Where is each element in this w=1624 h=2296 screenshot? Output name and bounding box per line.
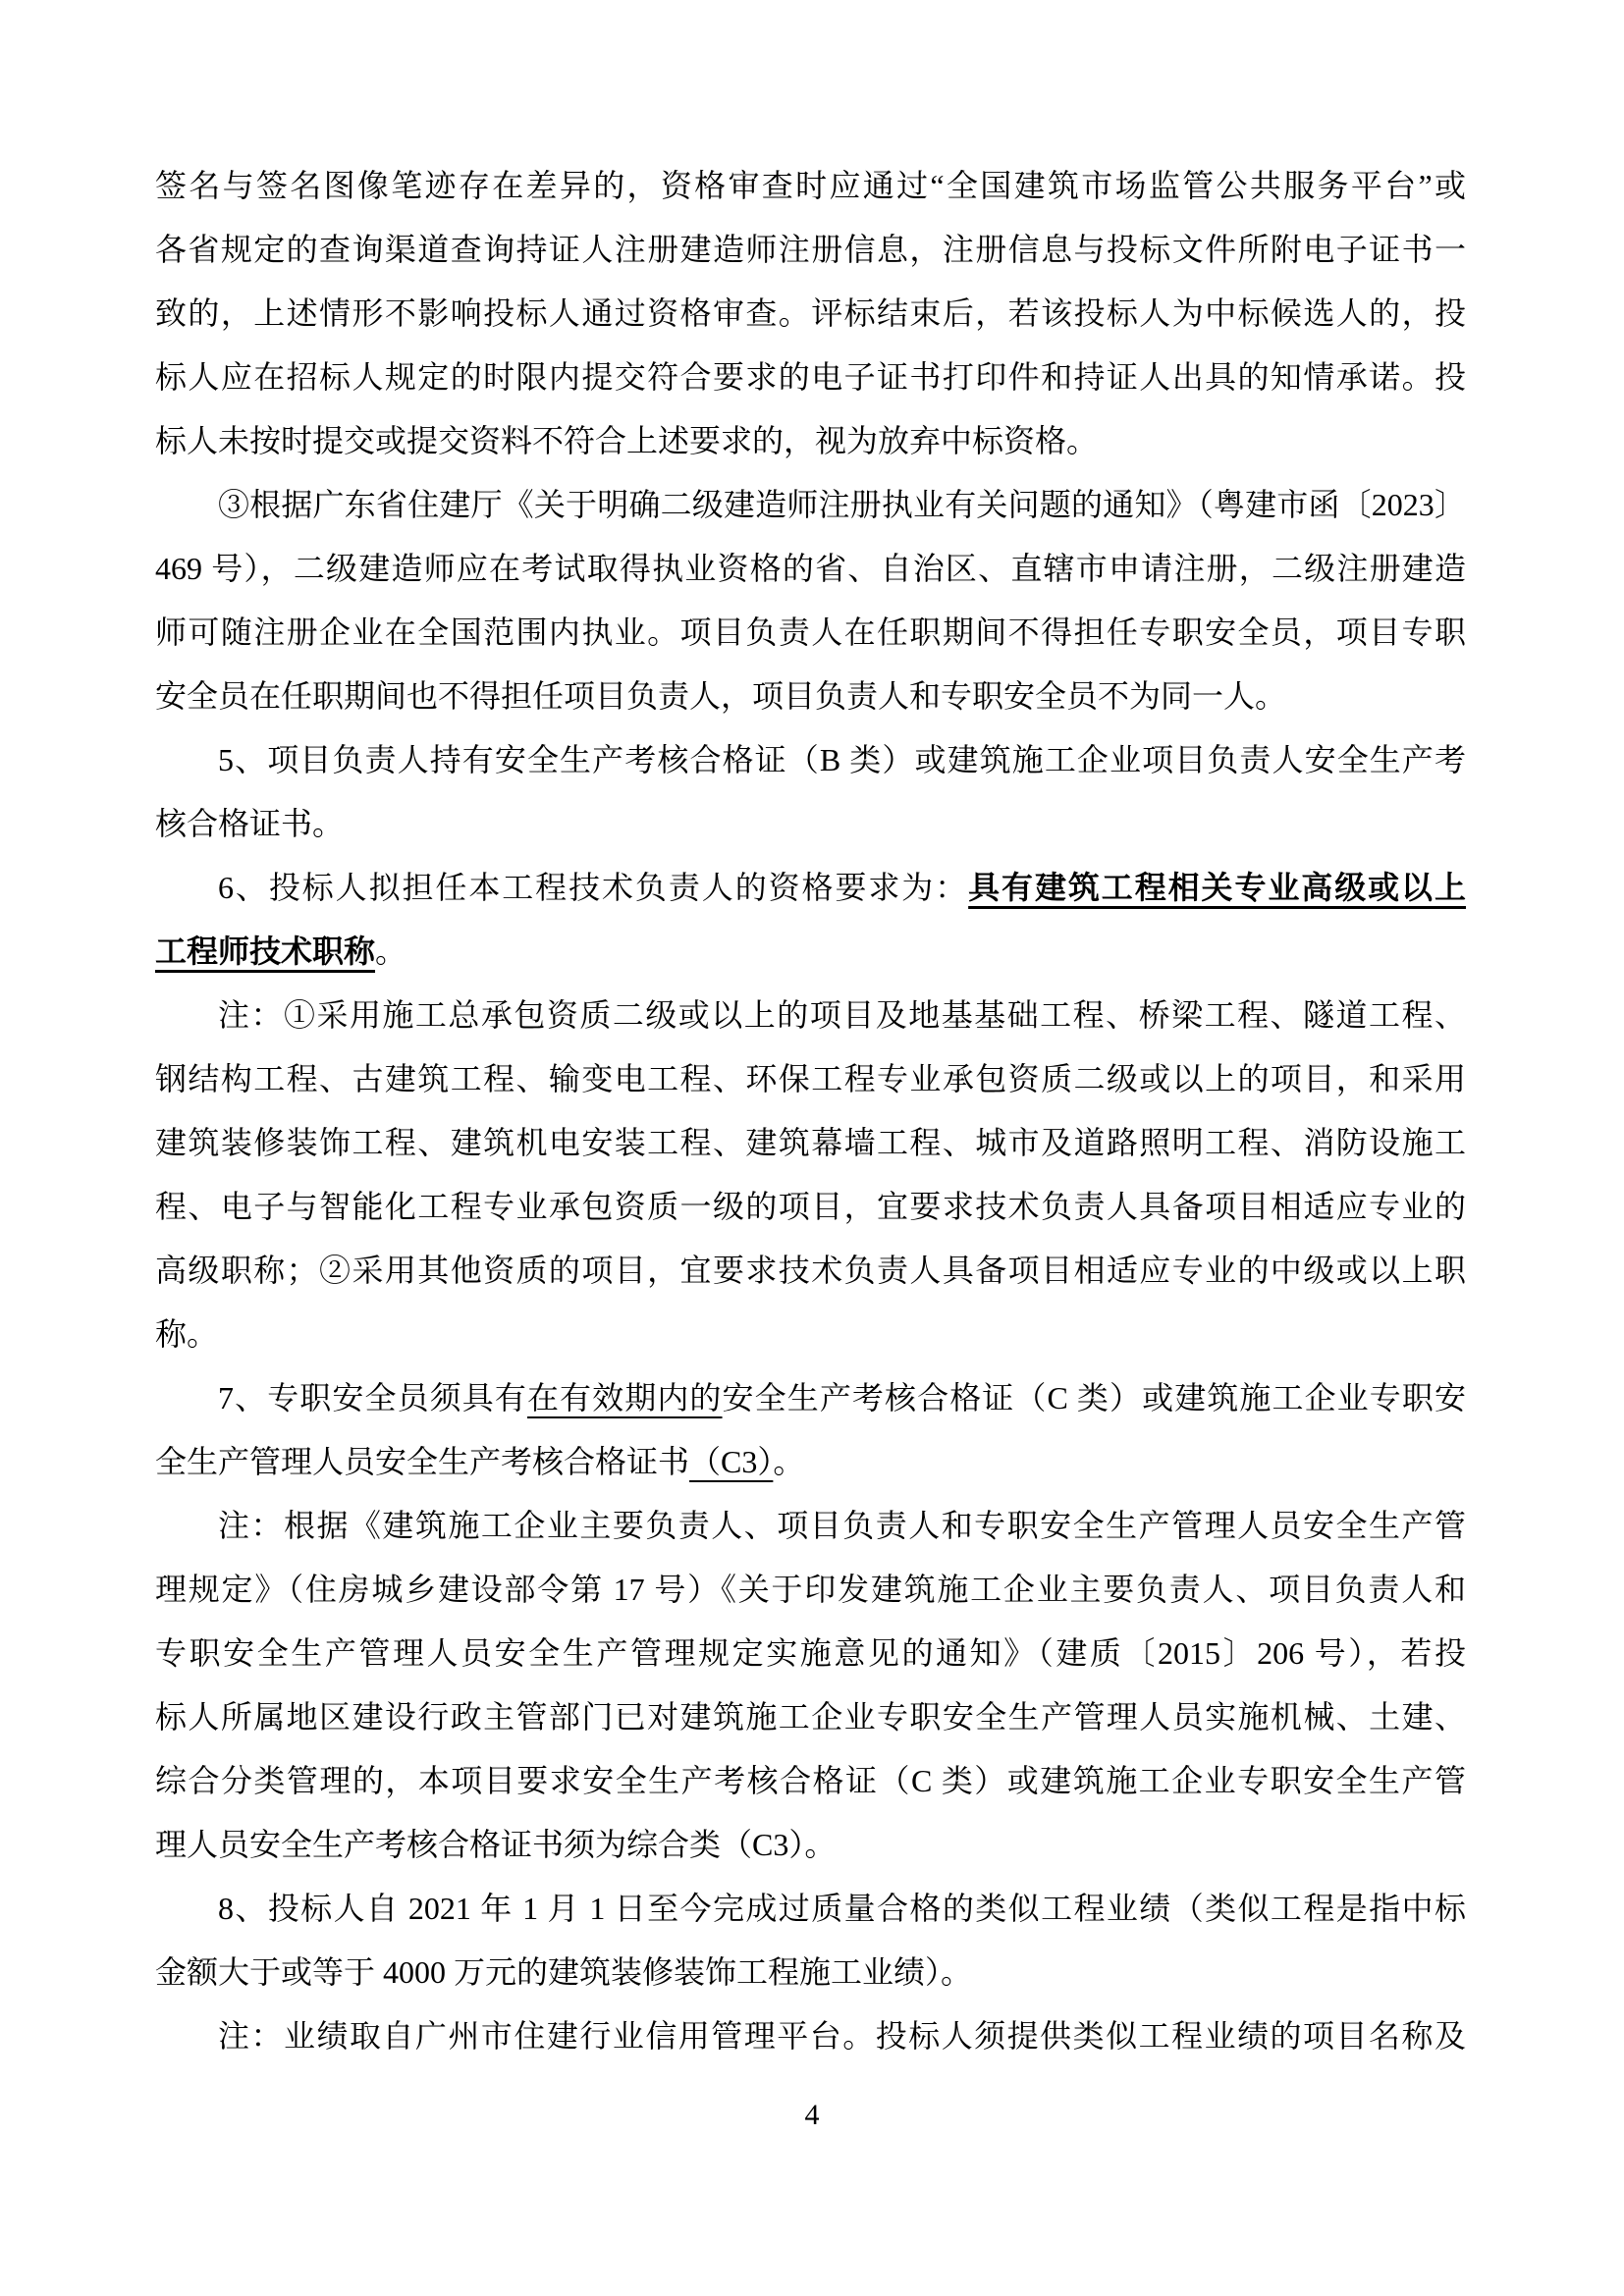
text-line: 安全员在任职期间也不得担任项目负责人，项目负责人和专职安全员不为同一人。	[155, 665, 1466, 728]
text-run: 高级职称；②采用其他资质的项目，宜要求技术负责人具备项目相适应专业的中级或以上职	[155, 1253, 1466, 1288]
text-run: 理人员安全生产考核合格证书须为综合类（C3）。	[155, 1827, 836, 1862]
document-body: 签名与签名图像笔迹存在差异的，资格审查时应通过“全国建筑市场监管公共服务平台”或…	[155, 154, 1466, 2068]
text-line: 程、电子与智能化工程专业承包资质一级的项目，宜要求技术负责人具备项目相适应专业的	[155, 1175, 1466, 1239]
text-line: 高级职称；②采用其他资质的项目，宜要求技术负责人具备项目相适应专业的中级或以上职	[155, 1239, 1466, 1303]
text-run: 7、专职安全员须具有	[218, 1380, 527, 1415]
text-run: 标人未按时提交或提交资料不符合上述要求的，视为放弃中标资格。	[155, 423, 1098, 458]
emphasized-text: 工程师技术职称	[155, 934, 375, 969]
text-line: 综合分类管理的，本项目要求安全生产考核合格证（C 类）或建筑施工企业专职安全生产…	[155, 1749, 1466, 1813]
text-run: 金额大于或等于 4000 万元的建筑装修装饰工程施工业绩）。	[155, 1954, 972, 1990]
text-run: 8、投标人自 2021 年 1 月 1 日至今完成过质量合格的类似工程业绩（类似…	[218, 1891, 1466, 1926]
text-run: 469 号），二级建造师应在考试取得执业资格的省、自治区、直辖市申请注册，二级注…	[155, 551, 1466, 586]
text-line: 钢结构工程、古建筑工程、输变电工程、环保工程专业承包资质二级或以上的项目，和采用	[155, 1047, 1466, 1111]
text-run: 。	[773, 1444, 804, 1479]
text-line: 致的，上述情形不影响投标人通过资格审查。评标结束后，若该投标人为中标候选人的，投	[155, 282, 1466, 346]
text-line: 工程师技术职称。	[155, 920, 1466, 984]
text-run: 程、电子与智能化工程专业承包资质一级的项目，宜要求技术负责人具备项目相适应专业的	[155, 1189, 1466, 1224]
emphasized-text: （C3）	[689, 1444, 773, 1479]
emphasized-text: 在有效期内的	[527, 1380, 723, 1415]
text-line: 7、专职安全员须具有在有效期内的安全生产考核合格证（C 类）或建筑施工企业专职安	[155, 1366, 1466, 1430]
text-line: ③根据广东省住建厅《关于明确二级建造师注册执业有关问题的通知》（粤建市函〔202…	[155, 473, 1466, 537]
text-line: 注：根据《建筑施工企业主要负责人、项目负责人和专职安全生产管理人员安全生产管	[155, 1494, 1466, 1558]
text-line: 专职安全生产管理人员安全生产管理规定实施意见的通知》（建质〔2015〕206 号…	[155, 1622, 1466, 1685]
text-run: 各省规定的查询渠道查询持证人注册建造师注册信息，注册信息与投标文件所附电子证书一	[155, 232, 1466, 267]
text-line: 注：①采用施工总承包资质二级或以上的项目及地基基础工程、桥梁工程、隧道工程、	[155, 984, 1466, 1047]
text-run: 注：根据《建筑施工企业主要负责人、项目负责人和专职安全生产管理人员安全生产管	[218, 1508, 1466, 1543]
text-run: 建筑装修装饰工程、建筑机电安装工程、建筑幕墙工程、城市及道路照明工程、消防设施工	[155, 1125, 1466, 1160]
page-number: 4	[0, 2087, 1624, 2144]
text-run: 6、投标人拟担任本工程技术负责人的资格要求为：	[218, 870, 968, 905]
text-run: 理规定》（住房城乡建设部令第 17 号）《关于印发建筑施工企业主要负责人、项目负…	[155, 1572, 1466, 1607]
emphasized-text: 具有建筑工程相关专业高级或以上	[968, 870, 1466, 905]
text-line: 称。	[155, 1303, 1466, 1366]
text-run: ③根据广东省住建厅《关于明确二级建造师注册执业有关问题的通知》（粤建市函〔202…	[218, 487, 1466, 522]
text-line: 6、投标人拟担任本工程技术负责人的资格要求为：具有建筑工程相关专业高级或以上	[155, 856, 1466, 920]
text-run: 安全生产考核合格证（C 类）或建筑施工企业专职安	[723, 1380, 1466, 1415]
text-run: 专职安全生产管理人员安全生产管理规定实施意见的通知》（建质〔2015〕206 号…	[155, 1635, 1466, 1671]
text-line: 5、项目负责人持有安全生产考核合格证（B 类）或建筑施工企业项目负责人安全生产考	[155, 728, 1466, 792]
text-line: 标人未按时提交或提交资料不符合上述要求的，视为放弃中标资格。	[155, 409, 1466, 473]
text-run: 签名与签名图像笔迹存在差异的，资格审查时应通过“全国建筑市场监管公共服务平台”或	[155, 168, 1466, 203]
text-run: 注：业绩取自广州市住建行业信用管理平台。投标人须提供类似工程业绩的项目名称及	[218, 2018, 1466, 2054]
text-line: 师可随注册企业在全国范围内执业。项目负责人在任职期间不得担任专职安全员，项目专职	[155, 601, 1466, 665]
text-run: 师可随注册企业在全国范围内执业。项目负责人在任职期间不得担任专职安全员，项目专职	[155, 614, 1466, 650]
text-run: 全生产管理人员安全生产考核合格证书	[155, 1444, 689, 1479]
text-run: 5、项目负责人持有安全生产考核合格证（B 类）或建筑施工企业项目负责人安全生产考	[218, 742, 1466, 777]
text-run: 致的，上述情形不影响投标人通过资格审查。评标结束后，若该投标人为中标候选人的，投	[155, 295, 1466, 331]
text-run: 标人应在招标人规定的时限内提交符合要求的电子证书打印件和持证人出具的知情承诺。投	[155, 359, 1466, 395]
text-run: 安全员在任职期间也不得担任项目负责人，项目负责人和专职安全员不为同一人。	[155, 678, 1286, 714]
text-run: 标人所属地区建设行政主管部门已对建筑施工企业专职安全生产管理人员实施机械、土建、	[155, 1699, 1466, 1735]
text-run: 综合分类管理的，本项目要求安全生产考核合格证（C 类）或建筑施工企业专职安全生产…	[155, 1763, 1466, 1798]
text-line: 理人员安全生产考核合格证书须为综合类（C3）。	[155, 1813, 1466, 1877]
text-line: 标人所属地区建设行政主管部门已对建筑施工企业专职安全生产管理人员实施机械、土建、	[155, 1685, 1466, 1749]
text-line: 各省规定的查询渠道查询持证人注册建造师注册信息，注册信息与投标文件所附电子证书一	[155, 218, 1466, 282]
text-run: 。	[375, 934, 406, 969]
text-line: 全生产管理人员安全生产考核合格证书（C3）。	[155, 1430, 1466, 1494]
text-line: 金额大于或等于 4000 万元的建筑装修装饰工程施工业绩）。	[155, 1941, 1466, 2004]
text-run: 注：①采用施工总承包资质二级或以上的项目及地基基础工程、桥梁工程、隧道工程、	[218, 997, 1466, 1033]
text-line: 理规定》（住房城乡建设部令第 17 号）《关于印发建筑施工企业主要负责人、项目负…	[155, 1558, 1466, 1622]
document-page: 签名与签名图像笔迹存在差异的，资格审查时应通过“全国建筑市场监管公共服务平台”或…	[0, 0, 1624, 2296]
text-line: 注：业绩取自广州市住建行业信用管理平台。投标人须提供类似工程业绩的项目名称及	[155, 2004, 1466, 2068]
text-line: 签名与签名图像笔迹存在差异的，资格审查时应通过“全国建筑市场监管公共服务平台”或	[155, 154, 1466, 218]
text-line: 标人应在招标人规定的时限内提交符合要求的电子证书打印件和持证人出具的知情承诺。投	[155, 346, 1466, 409]
text-run: 称。	[155, 1316, 218, 1352]
text-run: 钢结构工程、古建筑工程、输变电工程、环保工程专业承包资质二级或以上的项目，和采用	[155, 1061, 1466, 1096]
text-run: 核合格证书。	[155, 806, 344, 841]
text-line: 469 号），二级建造师应在考试取得执业资格的省、自治区、直辖市申请注册，二级注…	[155, 537, 1466, 601]
text-line: 8、投标人自 2021 年 1 月 1 日至今完成过质量合格的类似工程业绩（类似…	[155, 1877, 1466, 1941]
text-line: 核合格证书。	[155, 792, 1466, 856]
text-line: 建筑装修装饰工程、建筑机电安装工程、建筑幕墙工程、城市及道路照明工程、消防设施工	[155, 1111, 1466, 1175]
